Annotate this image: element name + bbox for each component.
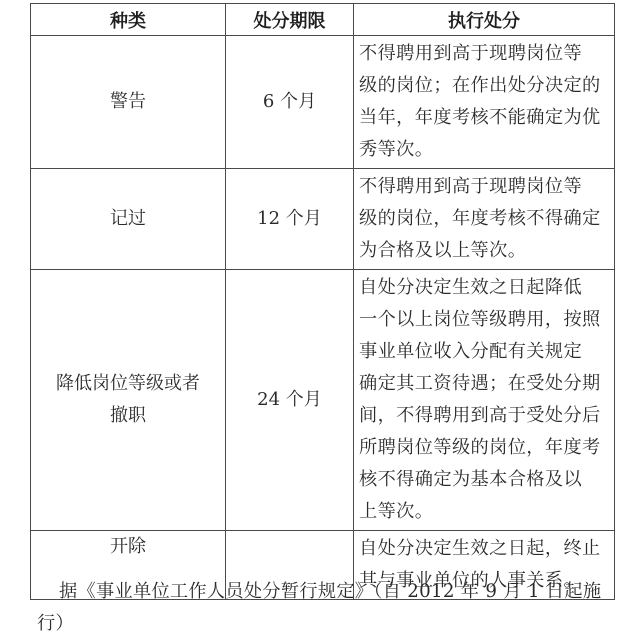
type-line: 撤职 — [31, 400, 225, 432]
execution-line: 为合格及以上等次。 — [359, 235, 612, 267]
execution-line: 确定其工资待遇；在受处分期 — [359, 368, 612, 400]
table-row-demerit: 记过 12 个月 不得聘用到高于现聘岗位等 级的岗位，年度考核不得确定 为合格及… — [31, 169, 615, 270]
execution-line: 不得聘用到高于现聘岗位等 — [359, 171, 612, 203]
header-period: 处分期限 — [226, 4, 354, 36]
execution-line: 秀等次。 — [359, 134, 612, 166]
cell-type: 记过 — [31, 169, 226, 270]
header-execution: 执行处分 — [354, 4, 615, 36]
table-header-row: 种类 处分期限 执行处分 — [31, 4, 615, 36]
execution-line: 核不得确定为基本合格及以 — [359, 464, 612, 496]
execution-line: 不得聘用到高于现聘岗位等 — [359, 38, 612, 70]
execution-line: 当年，年度考核不能确定为优 — [359, 102, 612, 134]
footnote-line-2: 行） — [37, 608, 617, 640]
cell-period: 6 个月 — [226, 36, 354, 169]
cell-execution: 自处分决定生效之日起降低 一个以上岗位等级聘用，按照 事业单位收入分配有关规定 … — [354, 270, 615, 531]
execution-line: 自处分决定生效之日起降低 — [359, 272, 612, 304]
type-line: 降低岗位等级或者 — [31, 368, 225, 400]
execution-line: 级的岗位；在作出处分决定的 — [359, 70, 612, 102]
header-type: 种类 — [31, 4, 226, 36]
cell-type: 警告 — [31, 36, 226, 169]
cell-period: 24 个月 — [226, 270, 354, 531]
footnote-line-1: 据《事业单位工作人员处分暂行规定》（自 2012 年 9 月 1 日起施 — [37, 576, 617, 608]
cell-execution: 不得聘用到高于现聘岗位等 级的岗位，年度考核不得确定 为合格及以上等次。 — [354, 169, 615, 270]
execution-line: 所聘岗位等级的岗位，年度考 — [359, 432, 612, 464]
cell-type: 降低岗位等级或者 撤职 — [31, 270, 226, 531]
table-row-demotion: 降低岗位等级或者 撤职 24 个月 自处分决定生效之日起降低 一个以上岗位等级聘… — [31, 270, 615, 531]
table-row-warning: 警告 6 个月 不得聘用到高于现聘岗位等 级的岗位；在作出处分决定的 当年，年度… — [31, 36, 615, 169]
cell-execution: 不得聘用到高于现聘岗位等 级的岗位；在作出处分决定的 当年，年度考核不能确定为优… — [354, 36, 615, 169]
execution-line: 事业单位收入分配有关规定 — [359, 336, 612, 368]
execution-line: 间，不得聘用到高于受处分后 — [359, 400, 612, 432]
execution-line: 上等次。 — [359, 496, 612, 528]
source-footnote: 据《事业单位工作人员处分暂行规定》（自 2012 年 9 月 1 日起施 行） — [37, 576, 617, 640]
disciplinary-sanctions-table: 种类 处分期限 执行处分 警告 6 个月 不得聘用到高于现聘岗位等 级的岗位；在… — [30, 3, 615, 600]
cell-period: 12 个月 — [226, 169, 354, 270]
execution-line: 一个以上岗位等级聘用，按照 — [359, 304, 612, 336]
execution-line: 自处分决定生效之日起，终止 — [359, 533, 612, 565]
execution-line: 级的岗位，年度考核不得确定 — [359, 203, 612, 235]
